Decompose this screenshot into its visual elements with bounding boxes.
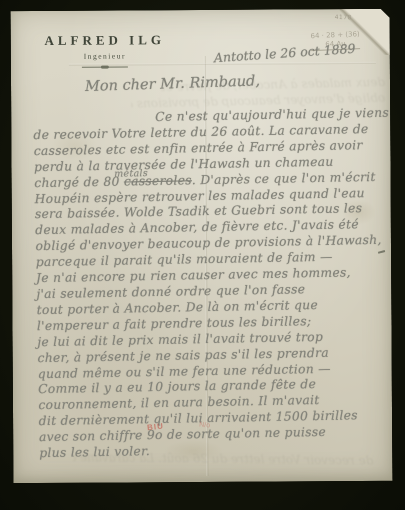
letterhead-name: ALFRED ILG <box>25 32 185 49</box>
photo-background: 4178 64 · 28 + (36) 64 Au ALFRED ILG Ing… <box>0 0 405 510</box>
letter-paper: 4178 64 · 28 + (36) 64 Au ALFRED ILG Ing… <box>11 9 393 483</box>
letter-body: Ce n'est qu'aujourd'hui que je viens de … <box>33 106 389 462</box>
letterhead-ornament <box>82 66 128 67</box>
letterhead-title: Ingenieur <box>25 51 185 61</box>
archive-corner-number: 4178 <box>334 14 351 21</box>
red-aux-mark: N/o <box>199 422 210 430</box>
salutation: Mon cher Mr. Rimbaud, <box>85 73 260 95</box>
library-red-stamp: BIU <box>147 421 165 432</box>
line-text-post: . D'après ce que l'on m'écrit <box>192 170 376 187</box>
inserted-correction-word: métals <box>114 166 148 183</box>
letterhead: ALFRED ILG Ingenieur <box>25 32 185 68</box>
line-text-pre: chargé de 80 <box>34 174 124 190</box>
